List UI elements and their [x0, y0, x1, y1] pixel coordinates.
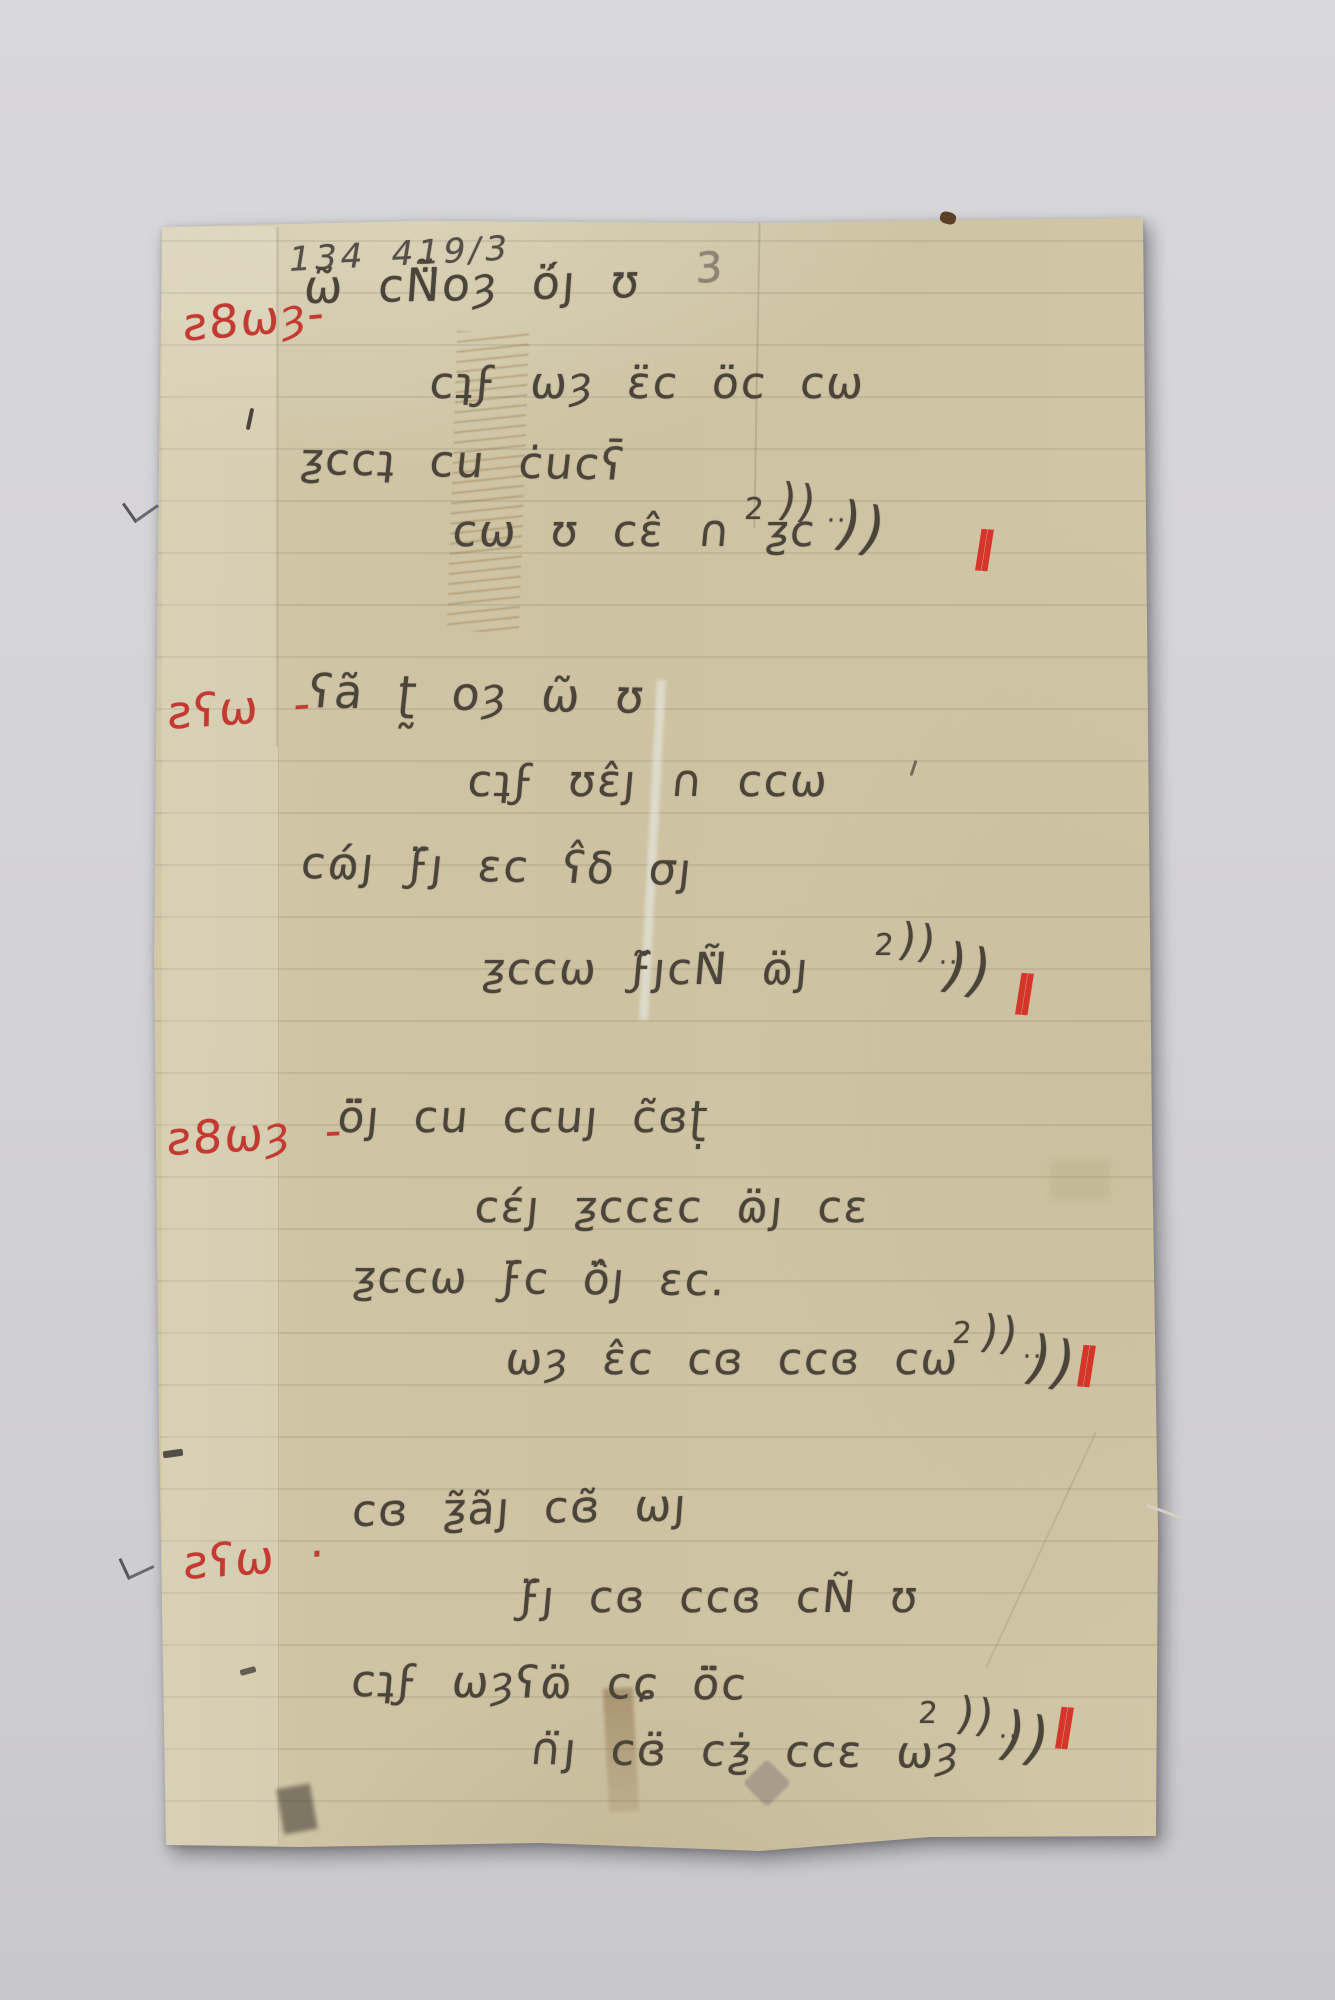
stanza-line: ö̈ȷ ϲu ϲϲuȷ ϲ̃ɞʈ̣ — [336, 1092, 712, 1143]
closing-dots: ·· — [825, 506, 848, 536]
closing-marks: )) — [774, 474, 822, 529]
stanza-line: ƺϲϲω ϝ̃ȷϲÑ̈ ɷ̈ȷ — [480, 944, 813, 995]
closing-dots: ·· — [1021, 1342, 1044, 1372]
closing-marks: )) — [894, 914, 942, 969]
yellow-smudge — [1050, 1160, 1110, 1200]
closing-marks: )) — [952, 1688, 1000, 1743]
refrain-number: 2 — [873, 928, 895, 963]
stanza-line: ϲʇϝ ʊɛ̂ȷ ∩ ϲϲω — [466, 756, 832, 807]
stanza-label-red: ƨ8ωȝ- — [183, 286, 326, 352]
stanza-line: ϲɷ́ȷ ϝ̈ȷ ɛϲ ʕ̂δ σȷ — [299, 838, 696, 896]
section-end-red-tick: ‖ — [971, 524, 998, 571]
left-fold-band — [162, 227, 279, 1845]
closing-marks-large: )) — [934, 930, 1001, 1007]
stanza-line: ƺϲϲω ϝ̄ϲ ö̂ȷ ɛϲ. — [350, 1252, 729, 1306]
pencil-tick — [246, 408, 254, 430]
fiber-stain — [447, 331, 529, 633]
stanza-line: ωȝ ɛ̂ϲ ϲɞ ϲϲɞ ϲω — [504, 1334, 962, 1385]
closing-dots: ·· — [997, 1722, 1020, 1752]
archival-number: 134 419/3 — [286, 229, 514, 280]
refrain-number: 2 — [951, 1316, 973, 1351]
ruled-lines — [0, 0, 1335, 2000]
dark-smudge — [276, 1783, 317, 1834]
stanza-line: ∩̈ȷ ϲɞ̈ ϲƺ̇ ϲϲɛ ωȝ — [527, 1724, 963, 1779]
brown-streak — [603, 1687, 639, 1812]
diagonal-crease — [985, 1432, 1097, 1668]
stanza-line: ϲω ʊ ϲɛ̂ ∩ ƺϲ — [451, 506, 819, 557]
stanza-line: ϲɛ́ȷ ƺϲϲɛϲ ɷ̈ȷ ϲɛ — [473, 1182, 872, 1233]
pencil-tick — [910, 760, 918, 776]
manuscript-page: 134 419/3 3 ƨ8ωȝ- ῶ ϲÑ̈οȝ ö́ȷ ʊ ϲʇϝ ωȝ ɛ… — [0, 0, 1335, 2000]
page-number: 3 — [695, 242, 725, 293]
stanza-label-red: ƨ8ωȝ - — [166, 1103, 344, 1166]
manuscript-photo: 134 419/3 3 ƨ8ωȝ- ῶ ϲÑ̈οȝ ö́ȷ ʊ ϲʇϝ ωȝ ɛ… — [0, 0, 1335, 2000]
closing-dots: ·· — [937, 948, 960, 978]
closing-marks-large: )) — [828, 488, 895, 565]
stanza-line: ῶ ϲÑ̈οȝ ö́ȷ ʊ — [302, 254, 643, 314]
stanza-line: ϲʇϝ ωȝ ɛ̈ϲ öϲ ϲω — [428, 358, 868, 409]
refrain-number: 2 — [917, 1696, 939, 1731]
vertical-crease — [276, 227, 278, 747]
stanza-line: ϝ̈ȷ ϲɞ ϲϲɞ ϲÑ ʊ — [518, 1572, 922, 1623]
diamond-stain — [743, 1759, 791, 1807]
refrain-number: 2 — [743, 492, 765, 527]
closing-marks-large: )) — [992, 1698, 1059, 1775]
stanza-line: ʕã ʈ̰ οȝ ῶ ʊ — [306, 664, 648, 724]
section-end-red-tick: ‖ — [1051, 1702, 1078, 1749]
white-streak — [639, 680, 666, 1020]
ink-dash — [239, 1666, 256, 1676]
stanza-label-red: ƨʕω · — [183, 1526, 327, 1590]
stanza-line: ϲʇϝ ωȝʕɷ̈ ϲɕ ö̈ϲ — [349, 1656, 750, 1710]
paper-shadow: 134 419/3 3 ƨ8ωȝ- ῶ ϲÑ̈οȝ ö́ȷ ʊ ϲʇϝ ωȝ ɛ… — [0, 0, 1335, 2000]
ink-dash — [163, 1449, 184, 1459]
vertical-crease — [753, 218, 760, 528]
closing-marks: )) — [976, 1306, 1024, 1361]
stanza-line: ƺϲϲʇ ϲu ϲ̇uϲʕ̄ — [298, 434, 628, 491]
section-end-red-tick: ‖ — [1073, 1340, 1100, 1387]
section-end-red-tick: ‖ — [1011, 968, 1038, 1015]
stanza-line: ϲɞ ƺ̃ãȷ ϲɞ̃ ωȷ — [350, 1480, 689, 1537]
closing-marks-large: )) — [1018, 1322, 1085, 1399]
stanza-label-red: ƨʕω - — [167, 676, 313, 740]
